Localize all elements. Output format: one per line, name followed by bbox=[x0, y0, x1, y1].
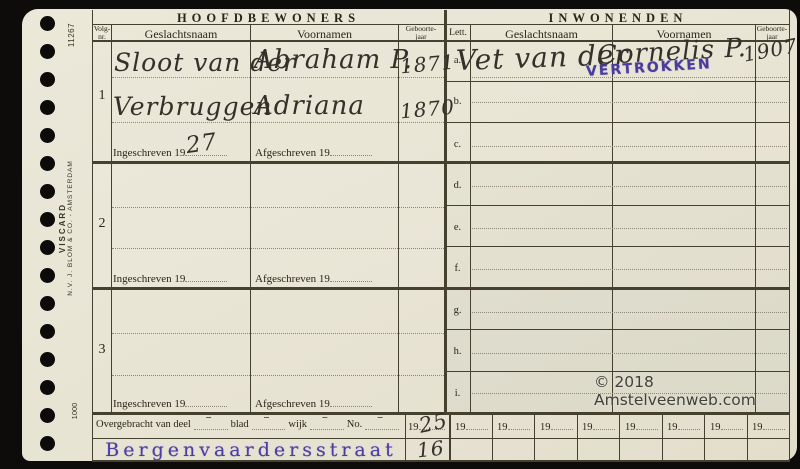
row-letter-h: h. bbox=[446, 346, 469, 357]
transfer-row: Overgebracht van deel – blad – wijk – No… bbox=[96, 419, 402, 430]
year-column-8: 19 bbox=[752, 420, 785, 433]
printer-imprint: VISCARD N.V. J. BLOM & CO. - AMSTERDAM bbox=[58, 143, 82, 313]
writing-line bbox=[472, 312, 787, 313]
punch-hole bbox=[40, 128, 55, 143]
ingeschreven-label-2: Ingeschreven 19 bbox=[113, 272, 227, 285]
row-letter-e: e. bbox=[446, 222, 469, 233]
year-column-3: 19 bbox=[540, 420, 573, 433]
punch-hole bbox=[40, 436, 55, 451]
punch-hole bbox=[40, 324, 55, 339]
writing-line bbox=[112, 77, 444, 78]
handwritten-firstnames-2: Adriana bbox=[254, 91, 365, 121]
handwritten-house-number: 16 bbox=[416, 436, 446, 463]
copyright-watermark: © 2018 Amstelveenweb.com bbox=[594, 373, 800, 409]
punch-hole bbox=[40, 408, 55, 423]
handwritten-dash: – bbox=[206, 410, 212, 424]
year-label: 19 bbox=[497, 422, 508, 433]
grid-line bbox=[492, 415, 493, 460]
afgeschreven-text: Afgeschreven 19 bbox=[255, 147, 330, 159]
grid-line bbox=[449, 415, 451, 460]
hoofdbewoners-title: HOOFDBEWONERS bbox=[92, 11, 445, 26]
year-label: 19 bbox=[752, 422, 763, 433]
grid-line bbox=[445, 122, 790, 123]
grid-line bbox=[755, 24, 756, 413]
year-column-2: 19 bbox=[497, 420, 530, 433]
writing-line bbox=[112, 375, 444, 376]
section-number-1: 1 bbox=[92, 88, 112, 104]
year-column-1: 19 bbox=[455, 420, 488, 433]
row-letter-c: c. bbox=[446, 139, 469, 150]
inwonenden-title: INWONENDEN bbox=[447, 11, 789, 26]
writing-line bbox=[472, 102, 787, 103]
dotted-leader bbox=[508, 420, 530, 430]
handwritten-birthyear-2: 1870 bbox=[399, 95, 456, 124]
wijk-label: wijk bbox=[288, 419, 307, 430]
punch-hole bbox=[40, 212, 55, 227]
grid-line bbox=[92, 161, 790, 164]
ingeschreven-text: Ingeschreven 19 bbox=[113, 147, 185, 159]
writing-line bbox=[112, 207, 444, 208]
afgeschreven-text: Afgeschreven 19 bbox=[255, 273, 330, 285]
punch-hole bbox=[40, 296, 55, 311]
no-label: No. bbox=[347, 419, 362, 430]
column-header-birthyear-left: Geboorte- jaar bbox=[398, 25, 444, 41]
card-serial-top: 11267 bbox=[67, 10, 81, 60]
punch-hole bbox=[40, 16, 55, 31]
transfer-label: Overgebracht van deel bbox=[96, 419, 191, 430]
grid-line bbox=[470, 24, 471, 413]
year-label: 19 bbox=[667, 422, 678, 433]
year-column-4: 19 bbox=[582, 420, 615, 433]
column-header-surname-left: Geslachtsnaam bbox=[112, 27, 250, 42]
handwritten-firstnames-1: Abraham P. bbox=[254, 45, 413, 75]
section-number-2: 2 bbox=[92, 216, 112, 232]
grid-line bbox=[445, 329, 790, 330]
street-name-stamp: Bergenvaardersstraat bbox=[96, 439, 406, 461]
dotted-leader bbox=[551, 420, 573, 430]
dotted-leader bbox=[185, 272, 227, 282]
row-letter-f: f. bbox=[446, 263, 469, 274]
punch-hole bbox=[40, 100, 55, 115]
column-header-volgnr-line2: nr. bbox=[92, 33, 112, 41]
dotted-leader bbox=[185, 397, 227, 407]
punch-hole bbox=[40, 352, 55, 367]
dotted-leader: – bbox=[194, 420, 228, 430]
writing-line bbox=[112, 122, 444, 123]
writing-line bbox=[472, 269, 787, 270]
ingeschreven-text: Ingeschreven 19 bbox=[113, 273, 185, 285]
grid-line bbox=[398, 24, 399, 413]
column-header-volgnr: Volg- nr. bbox=[92, 25, 112, 41]
year-column-7: 19 bbox=[710, 420, 743, 433]
year-column-6: 19 bbox=[667, 420, 700, 433]
afgeschreven-text: Afgeschreven 19 bbox=[255, 398, 330, 410]
dotted-leader bbox=[330, 397, 372, 407]
handwritten-birthyear-1: 1871 bbox=[399, 50, 456, 79]
ingeschreven-text: Ingeschreven 19 bbox=[113, 398, 185, 410]
year-column-5: 19 bbox=[625, 420, 658, 433]
writing-line bbox=[112, 333, 444, 334]
grid-line bbox=[704, 415, 705, 460]
dotted-leader bbox=[678, 420, 700, 430]
grid-line bbox=[747, 415, 748, 460]
column-header-birthyear-line2: jaar bbox=[398, 33, 444, 41]
writing-line bbox=[472, 353, 787, 354]
blad-label: blad bbox=[231, 419, 249, 430]
writing-line bbox=[472, 186, 787, 187]
grid-line bbox=[445, 81, 790, 82]
punch-hole bbox=[40, 184, 55, 199]
grid-line bbox=[445, 205, 790, 206]
year-label: 19 bbox=[540, 422, 551, 433]
section-number-3: 3 bbox=[92, 342, 112, 358]
dotted-leader bbox=[330, 146, 372, 156]
year-label: 19 bbox=[582, 422, 593, 433]
grid-line bbox=[250, 24, 251, 413]
handwritten-surname-2: Verbruggen bbox=[113, 92, 272, 121]
punch-hole bbox=[40, 240, 55, 255]
grid-line bbox=[577, 415, 578, 460]
afgeschreven-label-3: Afgeschreven 19 bbox=[255, 397, 372, 410]
afgeschreven-label-1: Afgeschreven 19 bbox=[255, 146, 372, 159]
column-header-firstnames-left: Voornamen bbox=[251, 27, 398, 42]
grid-line bbox=[619, 415, 620, 460]
dotted-leader bbox=[636, 420, 658, 430]
dotted-leader bbox=[466, 420, 488, 430]
grid-line bbox=[662, 415, 663, 460]
grid-line bbox=[92, 10, 93, 461]
dotted-leader: – bbox=[252, 420, 286, 430]
year-label: 19 bbox=[710, 422, 721, 433]
dotted-leader bbox=[330, 272, 372, 282]
dotted-leader bbox=[593, 420, 615, 430]
punch-hole bbox=[40, 72, 55, 87]
card-serial-bottom: 1000 bbox=[70, 393, 82, 429]
grid-line bbox=[445, 371, 790, 372]
grid-line bbox=[534, 415, 535, 460]
writing-line bbox=[472, 146, 787, 147]
row-letter-g: g. bbox=[446, 305, 469, 316]
dotted-leader: – bbox=[365, 420, 399, 430]
dotted-leader: – bbox=[310, 420, 344, 430]
handwritten-dash: – bbox=[263, 410, 269, 424]
grid-line bbox=[612, 24, 613, 413]
ingeschreven-label-3: Ingeschreven 19 bbox=[113, 397, 227, 410]
row-letter-d: d. bbox=[446, 180, 469, 191]
grid-line bbox=[92, 287, 790, 290]
brand-name: VISCARD bbox=[58, 143, 67, 313]
year-prefix: 19 bbox=[408, 422, 419, 433]
handwritten-ingeschreven-year: 27 bbox=[184, 129, 219, 159]
writing-line bbox=[472, 228, 787, 229]
year-label: 19 bbox=[455, 422, 466, 433]
scan-shading bbox=[93, 163, 444, 287]
punch-hole bbox=[40, 268, 55, 283]
publisher-name: N.V. J. BLOM & CO. - AMSTERDAM bbox=[67, 143, 74, 313]
scanned-register-card-page: { "colors": { "card_bg": "#e9e5d5", "bac… bbox=[0, 0, 800, 469]
dotted-leader bbox=[763, 420, 785, 430]
handwritten-dash: – bbox=[322, 410, 328, 424]
afgeschreven-label-2: Afgeschreven 19 bbox=[255, 272, 372, 285]
dotted-leader bbox=[721, 420, 743, 430]
punch-hole bbox=[40, 380, 55, 395]
grid-line bbox=[445, 246, 790, 247]
punch-hole bbox=[40, 44, 55, 59]
column-header-lett: Lett. bbox=[446, 28, 470, 38]
row-letter-i: i. bbox=[446, 388, 469, 399]
year-label: 19 bbox=[625, 422, 636, 433]
punch-hole bbox=[40, 156, 55, 171]
handwritten-dash: – bbox=[377, 410, 383, 424]
writing-line bbox=[112, 248, 444, 249]
